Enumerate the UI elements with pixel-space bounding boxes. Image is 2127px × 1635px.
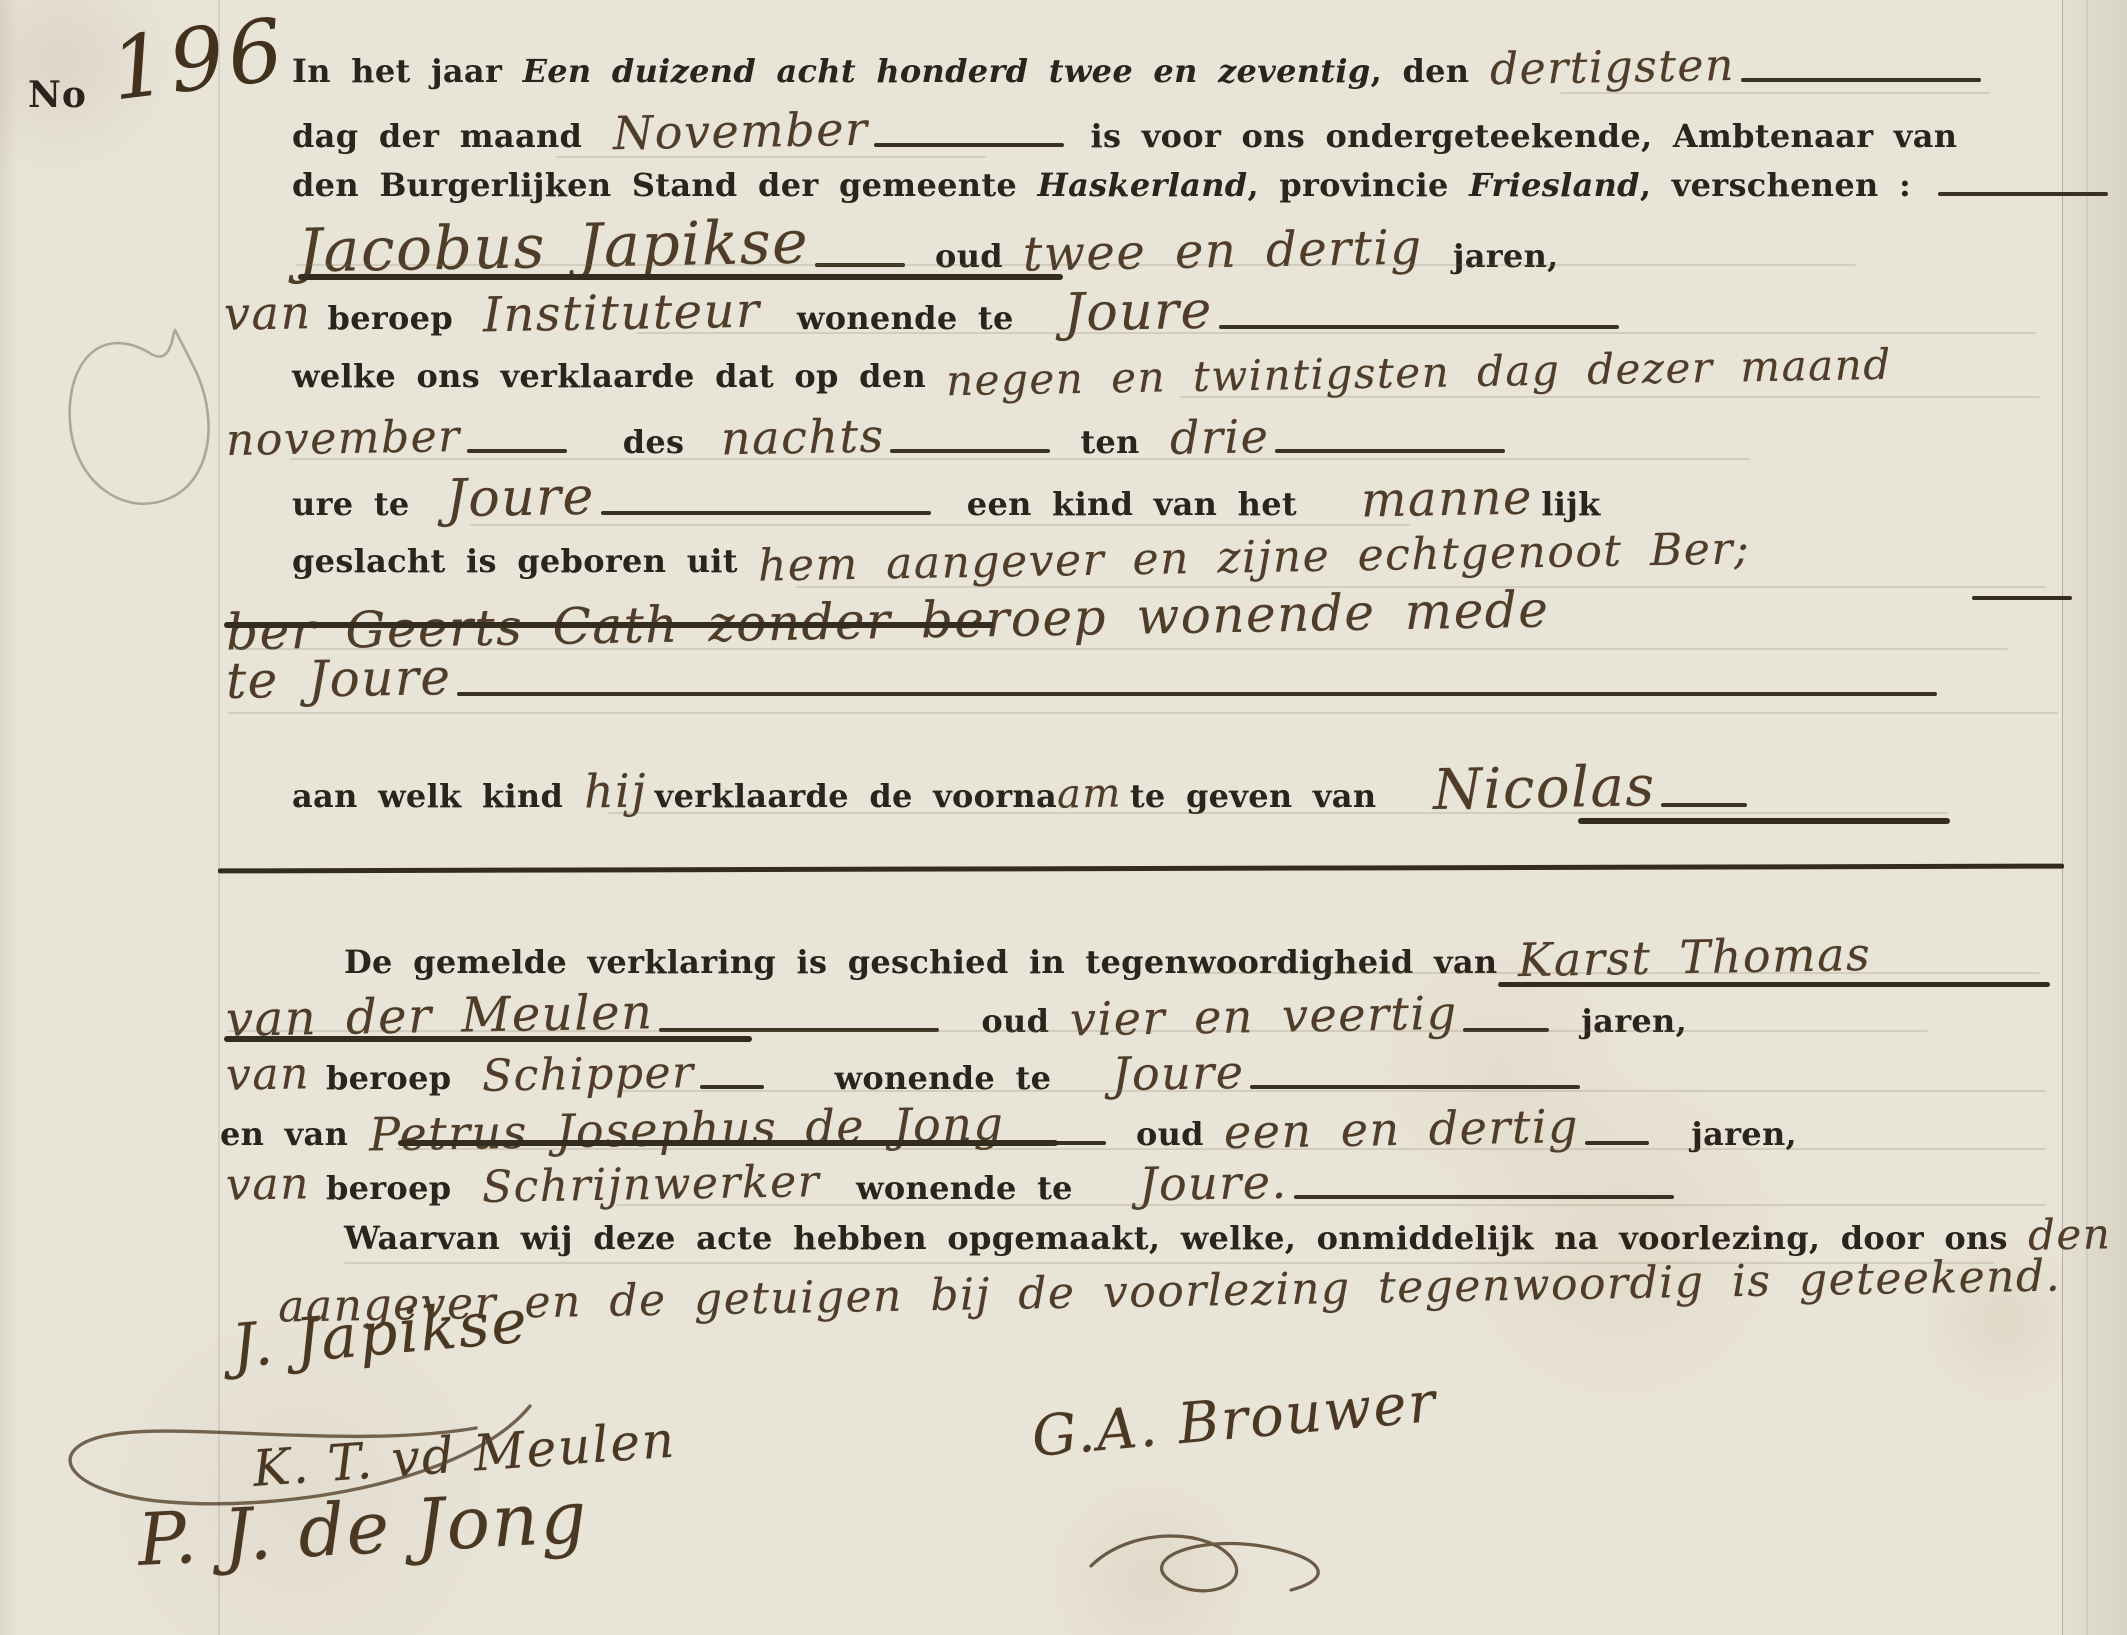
act-line-17: vanberoep Schrijnwerkerwonende te Joure. xyxy=(226,1156,1680,1210)
printed-text: beroep xyxy=(328,299,474,337)
right-edge-line xyxy=(2086,0,2088,1635)
printed-text: ure te xyxy=(292,485,430,523)
handwritten-entry: nachts xyxy=(720,409,884,466)
spacer xyxy=(310,1198,326,1199)
form-guide-line xyxy=(228,712,2058,714)
handwritten-entry: van xyxy=(226,1048,311,1100)
handwritten-entry: Karst Thomas xyxy=(1517,927,1871,987)
spacer xyxy=(820,1198,856,1199)
printed-text: verklaarde de voorna xyxy=(655,777,1057,815)
printed-text: De gemelde verklaring is geschied in teg… xyxy=(344,943,1518,981)
ink-filler-line xyxy=(1938,192,2108,196)
form-guide-line xyxy=(796,586,2046,588)
handwritten-entry: November xyxy=(612,102,868,160)
act-line-9: geslacht is geboren uit hem aangever en … xyxy=(292,532,1751,583)
form-guide-line xyxy=(616,1204,2046,1206)
spacer xyxy=(1122,806,1130,807)
act-line-10: ber Geerts Cath zonder beroep wonende me… xyxy=(226,592,1549,650)
handwritten-entry: twee en dertig xyxy=(1023,220,1423,283)
ink-underline xyxy=(1972,596,2072,600)
spacer xyxy=(1397,806,1433,807)
ink-filler-line xyxy=(467,449,567,453)
act-line-7: novemberdes nachtsten drie xyxy=(226,410,1511,464)
spacer xyxy=(1423,266,1453,267)
handwritten-entry: drie xyxy=(1170,409,1270,465)
printed-text: Friesland xyxy=(1469,166,1640,204)
handwritten-entry: van xyxy=(226,1158,311,1210)
form-guide-line xyxy=(616,1090,2046,1092)
printed-text: , provincie xyxy=(1247,166,1469,204)
printed-text: aan welk kind xyxy=(292,777,584,815)
spacer xyxy=(761,328,797,329)
ink-filler-line xyxy=(457,692,1937,696)
form-guide-line xyxy=(228,648,2008,650)
handwritten-entry: manne xyxy=(1361,470,1534,529)
handwritten-entry: hij xyxy=(583,763,647,818)
printed-text: te geven van xyxy=(1130,777,1397,815)
signature-flourish-japikse xyxy=(40,1388,570,1538)
ink-filler-line xyxy=(890,449,1050,453)
printed-text: oud xyxy=(935,237,1023,275)
act-line-18: Waarvan wij deze acte hebben opgemaakt, … xyxy=(344,1210,2112,1259)
ink-filler-line xyxy=(1219,325,1619,329)
printed-text: oud xyxy=(981,1002,1069,1040)
printed-text: welke ons verklaarde dat op den xyxy=(292,357,946,395)
form-guide-line xyxy=(1180,972,2040,974)
act-line-11: te Joure xyxy=(226,650,1943,708)
spacer xyxy=(1112,1144,1136,1145)
printed-text: beroep xyxy=(326,1059,472,1097)
form-guide-line xyxy=(636,332,2036,334)
spacer xyxy=(1160,452,1170,453)
ink-filler-line xyxy=(1741,78,1981,82)
pencil-loop-mark xyxy=(62,318,232,558)
spacer xyxy=(430,514,446,515)
signature-g-a-brouwer: G.A. Brouwer xyxy=(1029,1370,1439,1470)
act-number-label: No xyxy=(28,74,87,116)
printed-text: den Burgerlijken Stand der gemeente xyxy=(292,166,1038,204)
ink-filler-line xyxy=(1250,1085,1580,1089)
handwritten-entry: Joure xyxy=(1111,1045,1244,1101)
spacer xyxy=(1655,1144,1691,1145)
printed-text: is voor ons ondergeteekende, Ambtenaar v… xyxy=(1070,117,1957,155)
spacer xyxy=(770,1088,834,1089)
spacer xyxy=(1533,514,1541,515)
ink-underline xyxy=(298,274,1063,280)
printed-text: , den xyxy=(1371,52,1490,90)
printed-text: wonende te xyxy=(856,1169,1093,1207)
ink-underline xyxy=(398,1140,1058,1146)
ink-filler-line xyxy=(1661,803,1747,807)
ink-underline xyxy=(224,622,994,628)
form-guide-line xyxy=(470,524,1410,526)
printed-text: geslacht is geboren uit xyxy=(292,542,758,580)
printed-text: In het jaar xyxy=(292,52,523,90)
handwritten-entry: Joure xyxy=(446,467,596,530)
spacer xyxy=(911,266,935,267)
spacer xyxy=(1034,328,1064,329)
section-divider-line xyxy=(218,864,2064,874)
handwritten-entry: Joure. xyxy=(1139,1155,1289,1212)
form-guide-line xyxy=(344,1262,1994,1264)
act-number: No196 xyxy=(28,28,289,128)
handwritten-entry: am xyxy=(1057,770,1123,817)
handwritten-entry: Instituteur xyxy=(483,283,761,344)
act-line-19: aangever en de getuigen bij de voorlezin… xyxy=(278,1266,2061,1317)
act-line-13: De gemelde verklaring is geschied in teg… xyxy=(344,930,1871,984)
handwritten-entry: dertigsten xyxy=(1489,40,1735,95)
printed-text: jaren, xyxy=(1581,1002,1687,1040)
spacer xyxy=(937,514,967,515)
act-line-3: den Burgerlijken Stand der gemeente Hask… xyxy=(292,166,2114,204)
printed-text: des xyxy=(623,423,705,461)
signature-flourish-brouwer xyxy=(1075,1518,1375,1613)
handwritten-entry: van xyxy=(224,285,312,341)
act-line-6: welke ons verklaarde dat op den negen en… xyxy=(292,348,1892,397)
document-page: No196 In het jaar Een duizend acht honde… xyxy=(0,0,2127,1635)
ink-filler-line xyxy=(1294,1195,1674,1199)
form-guide-line xyxy=(1180,396,2040,398)
spacer xyxy=(573,452,623,453)
spacer xyxy=(310,1088,326,1089)
spacer xyxy=(473,328,483,329)
spacer xyxy=(1093,1198,1139,1199)
printed-text: beroep xyxy=(326,1169,472,1207)
printed-text: ten xyxy=(1080,423,1160,461)
act-line-8: ure te Joureeen kind van het mannelijk xyxy=(292,468,1601,528)
handwritten-entry: Petrus Josephus de Jong xyxy=(368,1096,1004,1161)
ink-underline xyxy=(1578,818,1950,824)
ink-filler-line xyxy=(1585,1141,1649,1145)
printed-text: een kind van het xyxy=(967,485,1318,523)
spacer xyxy=(1056,452,1080,453)
handwritten-entry: te Joure xyxy=(226,648,452,710)
printed-text: lijk xyxy=(1541,485,1600,523)
spacer xyxy=(1317,514,1361,515)
handwritten-entry: een en dertig xyxy=(1224,1099,1580,1159)
form-guide-line xyxy=(396,1148,2046,1150)
spacer xyxy=(647,806,655,807)
form-guide-line xyxy=(556,156,986,158)
form-guide-line xyxy=(1560,92,1990,94)
spacer xyxy=(312,328,328,329)
ink-filler-line xyxy=(601,511,931,515)
ink-underline xyxy=(1498,982,2050,987)
spacer xyxy=(1072,1088,1112,1089)
act-line-2: dag der maand November is voor ons onder… xyxy=(292,104,1957,158)
ink-underline xyxy=(224,1036,752,1042)
ink-filler-line xyxy=(700,1085,764,1089)
printed-text: Haskerland xyxy=(1038,166,1248,204)
printed-text: Een duizend acht honderd twee en zeventi… xyxy=(523,52,1371,90)
printed-text: Waarvan wij deze acte hebben opgemaakt, … xyxy=(344,1219,2028,1257)
handwritten-entry: Schipper xyxy=(481,1047,694,1102)
printed-text: , verschenen : xyxy=(1640,166,1932,204)
act-number-value: 196 xyxy=(105,0,292,120)
printed-text: dag der maand xyxy=(292,117,603,155)
ink-filler-line xyxy=(1275,449,1505,453)
handwritten-entry: vier en veertig xyxy=(1069,986,1457,1047)
act-line-4: Jacobus Japikseoud twee en dertigjaren, xyxy=(298,212,1559,282)
ink-filler-line xyxy=(874,143,1064,147)
form-guide-line xyxy=(296,264,1856,266)
page-right-edge xyxy=(2062,0,2127,1635)
spacer xyxy=(472,1198,482,1199)
spacer xyxy=(603,146,613,147)
spacer xyxy=(705,452,721,453)
act-line-1: In het jaar Een duizend acht honderd twe… xyxy=(292,42,1987,93)
form-guide-line xyxy=(290,458,1750,460)
printed-text: jaren, xyxy=(1453,237,1559,275)
handwritten-entry: hem aangever en zijne echtgenoot Ber; xyxy=(758,523,1751,591)
signature-j-japikse: J. Japikse xyxy=(229,1286,532,1382)
form-guide-line xyxy=(608,812,1948,814)
printed-text: en van xyxy=(220,1115,369,1153)
form-guide-line xyxy=(228,1030,1928,1032)
spacer xyxy=(472,1088,482,1089)
